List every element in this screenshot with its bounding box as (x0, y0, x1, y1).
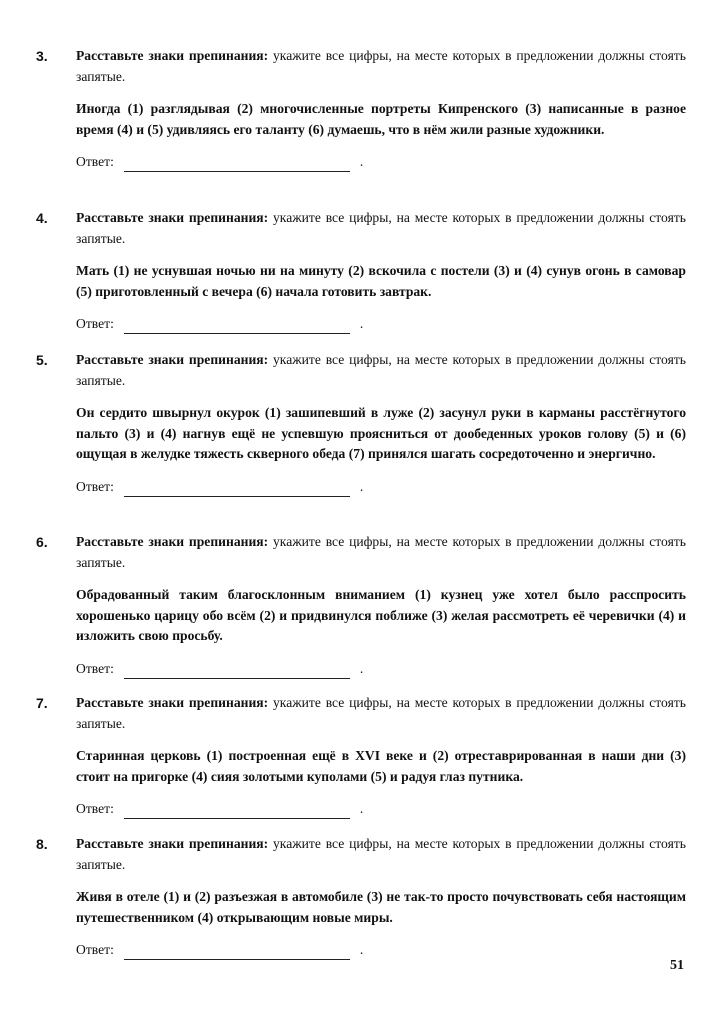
task-number: 6. (36, 532, 48, 552)
answer-label: Ответ: (76, 477, 114, 497)
answer-field[interactable] (124, 664, 350, 679)
answer-label: Ответ: (76, 940, 114, 960)
answer-row: Ответ: . (76, 314, 686, 334)
answer-period: . (360, 659, 363, 679)
task-number: 3. (36, 46, 48, 66)
answer-row: Ответ: . (76, 799, 686, 819)
task-sentence: Живя в отеле (1) и (2) разъезжая в автом… (76, 887, 686, 928)
answer-row: Ответ: . (76, 659, 686, 679)
answer-label: Ответ: (76, 659, 114, 679)
answer-period: . (360, 152, 363, 172)
task-instruction: Расставьте знаки препинания: укажите все… (76, 46, 686, 87)
answer-period: . (360, 314, 363, 334)
task-sentence: Он сердито швырнул окурок (1) зашипевший… (76, 403, 686, 465)
answer-period: . (360, 940, 363, 960)
task-number: 4. (36, 208, 48, 228)
answer-label: Ответ: (76, 314, 114, 334)
task-sentence: Мать (1) не уснувшая ночью ни на минуту … (76, 261, 686, 302)
answer-label: Ответ: (76, 799, 114, 819)
answer-period: . (360, 477, 363, 497)
task-number: 7. (36, 693, 48, 713)
task-sentence: Иногда (1) разглядывая (2) многочисленны… (76, 99, 686, 140)
task-instruction: Расставьте знаки препинания: укажите все… (76, 834, 686, 875)
answer-field[interactable] (124, 482, 350, 497)
task-instruction: Расставьте знаки препинания: укажите все… (76, 693, 686, 734)
answer-field[interactable] (124, 157, 350, 172)
page-number: 51 (670, 958, 684, 974)
task-number: 5. (36, 350, 48, 370)
answer-row: Ответ: . (76, 940, 686, 960)
answer-label: Ответ: (76, 152, 114, 172)
task-sentence: Старинная церковь (1) построенная ещё в … (76, 746, 686, 787)
answer-field[interactable] (124, 319, 350, 334)
answer-field[interactable] (124, 945, 350, 960)
task-sentence: Обрадованный таким благосклонным внимани… (76, 585, 686, 647)
answer-row: Ответ: . (76, 152, 686, 172)
task-instruction: Расставьте знаки препинания: укажите все… (76, 208, 686, 249)
task-instruction: Расставьте знаки препинания: укажите все… (76, 350, 686, 391)
answer-period: . (360, 799, 363, 819)
answer-row: Ответ: . (76, 477, 686, 497)
task-instruction: Расставьте знаки препинания: укажите все… (76, 532, 686, 573)
task-number: 8. (36, 834, 48, 854)
answer-field[interactable] (124, 804, 350, 819)
